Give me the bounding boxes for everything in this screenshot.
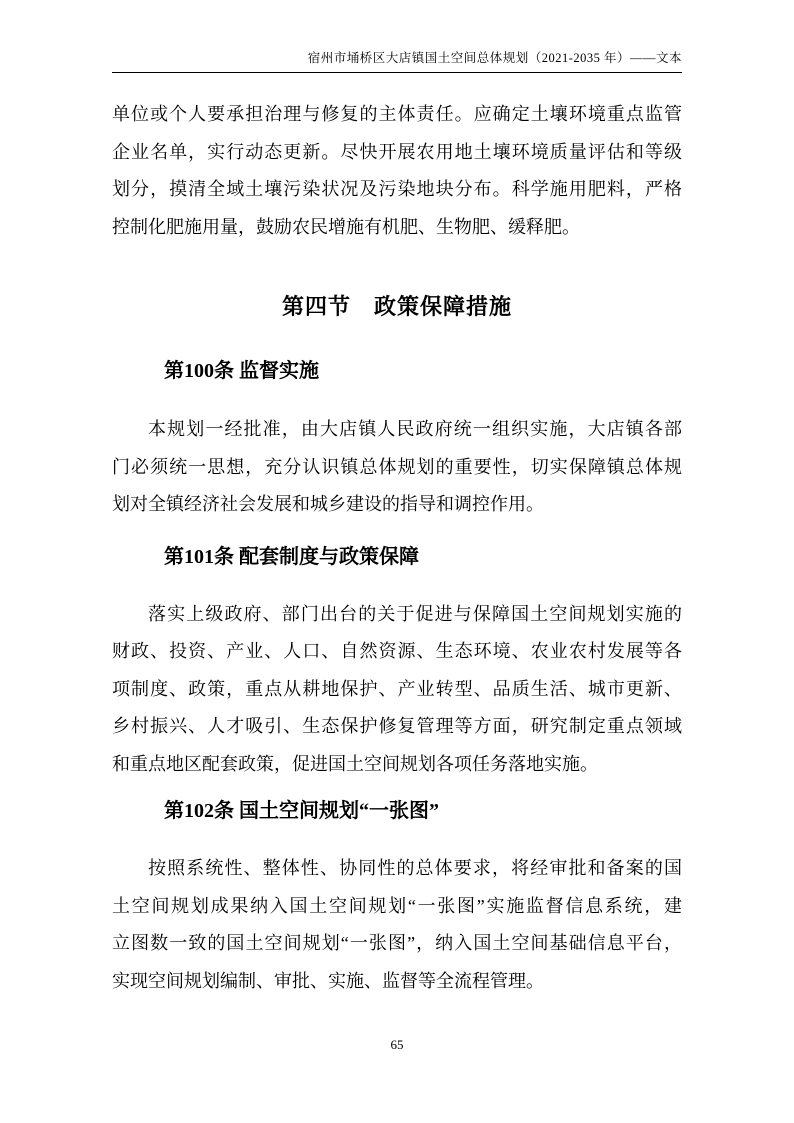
paragraph-line: 落实上级政府、部门出台的关于促进与保障国土空间规划实施的 xyxy=(112,596,682,634)
paragraph-line: 划对全镇经济社会发展和城乡建设的指导和调控作用。 xyxy=(112,486,682,524)
article-100-heading: 第100条 监督实施 xyxy=(164,353,682,390)
article-102-paragraph: 按照系统性、整体性、协同性的总体要求，将经审批和备案的国土空间规划成果纳入国土空… xyxy=(112,850,682,1000)
paragraph-line: 和重点地区配套政策，促进国土空间规划各项任务落地实施。 xyxy=(112,746,682,784)
document-content: 单位或个人要承担治理与修复的主体责任。应确定土壤环境重点监管企业名单，实行动态更… xyxy=(112,96,682,1000)
paragraph-line: 控制化肥施用量，鼓励农民增施有机肥、生物肥、缓释肥。 xyxy=(112,209,682,247)
paragraph-line: 单位或个人要承担治理与修复的主体责任。应确定土壤环境重点监管 xyxy=(112,96,682,134)
paragraph-line: 乡村振兴、人才吸引、生态保护修复管理等方面，研究制定重点领域 xyxy=(112,708,682,746)
section-heading: 第四节 政策保障措施 xyxy=(112,288,682,325)
article-101-heading: 第101条 配套制度与政策保障 xyxy=(164,539,682,576)
paragraph-line: 划分，摸清全域土壤污染状况及污染地块分布。科学施用肥料，严格 xyxy=(112,171,682,209)
paragraph-line: 项制度、政策，重点从耕地保护、产业转型、品质生活、城市更新、 xyxy=(112,671,682,709)
paragraph-line: 门必须统一思想，充分认识镇总体规划的重要性，切实保障镇总体规 xyxy=(112,449,682,487)
document-page: 宿州市埇桥区大店镇国土空间总体规划（2021-2035 年）——文本 单位或个人… xyxy=(0,0,794,1123)
article-102-heading: 第102条 国土空间规划“一张图” xyxy=(164,793,682,830)
paragraph-line: 立图数一致的国土空间规划“一张图”，纳入国土空间基础信息平台， xyxy=(112,925,682,963)
paragraph-line: 实现空间规划编制、审批、实施、监督等全流程管理。 xyxy=(112,963,682,1001)
paragraph-continued: 单位或个人要承担治理与修复的主体责任。应确定土壤环境重点监管企业名单，实行动态更… xyxy=(112,96,682,246)
paragraph-line: 企业名单，实行动态更新。尽快开展农用地土壤环境质量评估和等级 xyxy=(112,134,682,172)
page-header: 宿州市埇桥区大店镇国土空间总体规划（2021-2035 年）——文本 xyxy=(112,50,682,73)
page-number: 65 xyxy=(0,1037,794,1053)
paragraph-line: 按照系统性、整体性、协同性的总体要求，将经审批和备案的国 xyxy=(112,850,682,888)
article-100-paragraph: 本规划一经批准，由大店镇人民政府统一组织实施，大店镇各部门必须统一思想，充分认识… xyxy=(112,411,682,524)
paragraph-line: 土空间规划成果纳入国土空间规划“一张图”实施监督信息系统，建 xyxy=(112,888,682,926)
article-101-paragraph: 落实上级政府、部门出台的关于促进与保障国土空间规划实施的财政、投资、产业、人口、… xyxy=(112,596,682,784)
header-title: 宿州市埇桥区大店镇国土空间总体规划（2021-2035 年）——文本 xyxy=(308,51,682,65)
paragraph-line: 本规划一经批准，由大店镇人民政府统一组织实施，大店镇各部 xyxy=(112,411,682,449)
paragraph-line: 财政、投资、产业、人口、自然资源、生态环境、农业农村发展等各 xyxy=(112,633,682,671)
